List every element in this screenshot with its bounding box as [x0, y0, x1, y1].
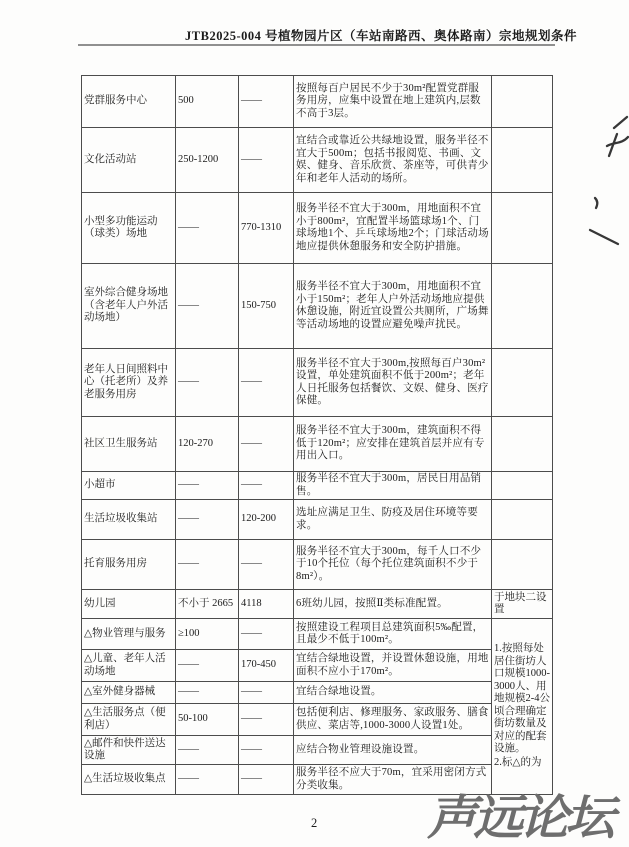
facility-name: △生活垃圾收集点: [82, 765, 176, 795]
land-area-value: ——: [239, 76, 294, 128]
building-area-value: ——: [176, 500, 239, 540]
facility-name: 托育服务用房: [82, 540, 176, 590]
table-row: 文化活动站 250-1200 —— 宜结合或靠近公共绿地设置，服务半径不宜大于5…: [82, 128, 553, 193]
requirement-text: 选址应满足卫生、防疫及居住环境等要求。: [294, 500, 492, 540]
remark-line-1: 1.按照每处居住街坊人口规模1000-3000人、用地规模2-4公顷合理确定街坊…: [494, 643, 550, 756]
note-cell: [492, 76, 553, 128]
facility-name: 幼儿园: [82, 590, 176, 619]
requirement-text: 服务半径不宜大于300m，每千人口不少于10个托位（每个托位建筑面积不少于8m²…: [294, 540, 492, 590]
land-area-value: 150-750: [239, 264, 294, 349]
building-area-value: ≥100: [176, 619, 239, 650]
kindergarten-note-cell: 于地块二设置: [492, 590, 553, 619]
facility-name: 生活垃圾收集站: [82, 500, 176, 540]
table-row: △儿童、老年人活动场地 —— 170-450 宜结合绿地设置，并设置休憩设施，用…: [82, 650, 553, 682]
note-cell: [492, 540, 553, 590]
requirement-text: 服务半径不宜大于300m，用地面积不宜小于800m²，宜配置半场篮球场1个、门球…: [294, 193, 492, 264]
building-area-value: ——: [176, 736, 239, 765]
requirement-text: 按照每百户居民不少于30m²配置党群服务用房，应集中设置在地上建筑内,层数不高于…: [294, 76, 492, 128]
facility-name: 社区卫生服务站: [82, 417, 176, 472]
table-row: △生活垃圾收集点 —— —— 服务半径不应大于70m，宜采用密闭方式分类收集。: [82, 765, 553, 795]
building-area-value: ——: [176, 349, 239, 417]
table-row: 室外综合健身场地（含老年人户外活动场地） —— 150-750 服务半径不宜大于…: [82, 264, 553, 349]
table-row: 生活垃圾收集站 —— 120-200 选址应满足卫生、防疫及居住环境等要求。: [82, 500, 553, 540]
requirement-text: 服务半径不宜大于300m，建筑面积不得低于120m²；应安排在建筑首层并应有专用…: [294, 417, 492, 472]
requirement-text: 宜结合或靠近公共绿地设置，服务半径不宜大于500m；包括书报阅览、书画、文娱、健…: [294, 128, 492, 193]
note-cell: [492, 128, 553, 193]
note-cell: [492, 264, 553, 349]
requirement-text: 按照建设工程项目总建筑面积5‰配置，且最少不低于100m²。: [294, 619, 492, 650]
facility-name: △室外健身器械: [82, 682, 176, 704]
note-cell: [492, 349, 553, 417]
note-cell: [492, 193, 553, 264]
facility-name: 老年人日间照料中心（托老所）及养老服务用房: [82, 349, 176, 417]
remark-line-2: 2.标△的为: [494, 757, 550, 770]
table-row: △邮件和快件送达设施 —— —— 应结合物业管理设施设置。: [82, 736, 553, 765]
building-area-value: ——: [176, 650, 239, 682]
requirement-text: 服务半径不应大于70m，宜采用密闭方式分类收集。: [294, 765, 492, 795]
land-area-value: ——: [239, 704, 294, 736]
table-row: △生活服务点（便利店） 50-100 —— 包括便利店、修理服务、家政服务、膳食…: [82, 704, 553, 736]
land-area-value: ——: [239, 472, 294, 500]
document-header-title: JTB2025-004 号植物园片区（车站南路西、奥体路南）宗地规划条件: [185, 26, 577, 44]
header-divider-rule: [78, 44, 555, 46]
requirement-text: 宜结合绿地设置。: [294, 682, 492, 704]
requirement-text: 应结合物业管理设施设置。: [294, 736, 492, 765]
facility-name: △物业管理与服务: [82, 619, 176, 650]
building-area-value: ——: [176, 682, 239, 704]
table-row: 幼儿园 不小于 2665 4118 6班幼儿园，按照Ⅱ类标准配置。 于地块二设置: [82, 590, 553, 619]
building-area-value: 不小于 2665: [176, 590, 239, 619]
land-area-value: 4118: [239, 590, 294, 619]
facility-name: △儿童、老年人活动场地: [82, 650, 176, 682]
land-area-value: ——: [239, 736, 294, 765]
requirement-text: 服务半径不宜大于300m，用地面积不宜小于150m²；老年人户外活动场地应提供休…: [294, 264, 492, 349]
land-area-value: 170-450: [239, 650, 294, 682]
note-cell: [492, 472, 553, 500]
land-area-value: ——: [239, 349, 294, 417]
table-row: 老年人日间照料中心（托老所）及养老服务用房 —— —— 服务半径不宜大于300m…: [82, 349, 553, 417]
building-area-value: ——: [176, 193, 239, 264]
handwritten-margin-annotation: [583, 110, 629, 270]
land-area-value: ——: [239, 540, 294, 590]
land-area-value: ——: [239, 682, 294, 704]
note-cell: [492, 500, 553, 540]
building-area-value: ——: [176, 540, 239, 590]
facility-name: 小型多功能运动（球类）场地: [82, 193, 176, 264]
table-row: 托育服务用房 —— —— 服务半径不宜大于300m，每千人口不少于10个托位（每…: [82, 540, 553, 590]
note-cell: [492, 417, 553, 472]
facility-name: 室外综合健身场地（含老年人户外活动场地）: [82, 264, 176, 349]
requirement-text: 服务半径不宜大于300m,按照每百户30m²设置，单处建筑面积不低于200m²；…: [294, 349, 492, 417]
requirement-text: 6班幼儿园，按照Ⅱ类标准配置。: [294, 590, 492, 619]
facility-name: 小超市: [82, 472, 176, 500]
table-row: △物业管理与服务 ≥100 —— 按照建设工程项目总建筑面积5‰配置，且最少不低…: [82, 619, 553, 650]
requirement-text: 包括便利店、修理服务、家政服务、膳食供应、菜店等,1000-3000人设置1处。: [294, 704, 492, 736]
land-area-value: 770-1310: [239, 193, 294, 264]
building-area-value: ——: [176, 472, 239, 500]
facility-name: △邮件和快件送达设施: [82, 736, 176, 765]
building-area-value: ——: [176, 765, 239, 795]
table-row: 党群服务中心 500 —— 按照每百户居民不少于30m²配置党群服务用房，应集中…: [82, 76, 553, 128]
remarks-merged-cell: 1.按照每处居住街坊人口规模1000-3000人、用地规模2-4公顷合理确定街坊…: [492, 619, 553, 795]
building-area-value: 120-270: [176, 417, 239, 472]
requirement-text: 服务半径不宜大于300m，居民日用品销售。: [294, 472, 492, 500]
land-area-value: ——: [239, 128, 294, 193]
requirement-text: 宜结合绿地设置，并设置休憩设施，用地面积不应小于170m²。: [294, 650, 492, 682]
watermark-logo: 声远论坛: [427, 791, 629, 845]
table-row: 小超市 —— —— 服务半径不宜大于300m，居民日用品销售。: [82, 472, 553, 500]
land-area-value: ——: [239, 417, 294, 472]
facility-name: 文化活动站: [82, 128, 176, 193]
building-area-value: 250-1200: [176, 128, 239, 193]
building-area-value: 50-100: [176, 704, 239, 736]
land-area-value: ——: [239, 765, 294, 795]
table-row: 社区卫生服务站 120-270 —— 服务半径不宜大于300m，建筑面积不得低于…: [82, 417, 553, 472]
building-area-value: ——: [176, 264, 239, 349]
page-number: 2: [311, 816, 317, 831]
facility-name: 党群服务中心: [82, 76, 176, 128]
planning-conditions-table: 党群服务中心 500 —— 按照每百户居民不少于30m²配置党群服务用房，应集中…: [81, 75, 553, 795]
land-area-value: ——: [239, 619, 294, 650]
building-area-value: 500: [176, 76, 239, 128]
facility-name: △生活服务点（便利店）: [82, 704, 176, 736]
table-row: 小型多功能运动（球类）场地 —— 770-1310 服务半径不宜大于300m，用…: [82, 193, 553, 264]
land-area-value: 120-200: [239, 500, 294, 540]
table-row: △室外健身器械 —— —— 宜结合绿地设置。: [82, 682, 553, 704]
